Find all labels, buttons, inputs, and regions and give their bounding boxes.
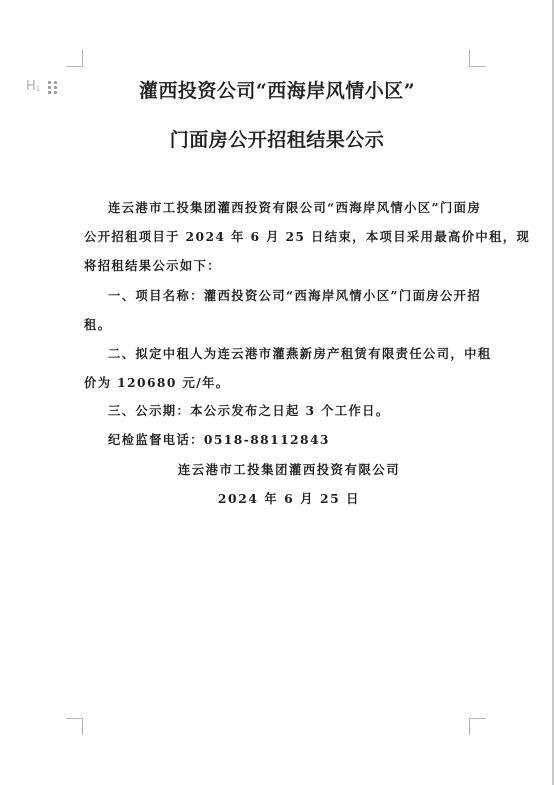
paragraph-intro-line-2: 公开招租项目于 2024 年 6 月 25 日结束，本项目采用最高价中租，现 — [84, 229, 530, 245]
signature-organization: 连云港市工投集团灌西投资有限公司 — [0, 462, 554, 478]
paragraph-intro-line-3: 将招租结果公示如下： — [84, 258, 221, 274]
paragraph-intro-line-1: 连云港市工投集团灌西投资有限公司“西海岸风情小区”门面房 — [108, 200, 481, 216]
page-margin-corner-bottom-right — [469, 718, 486, 735]
item-1-line-1: 一、项目名称：灌西投资公司“西海岸风情小区”门面房公开招 — [108, 288, 481, 304]
signature-date: 2024 年 6 月 25 日 — [0, 491, 554, 507]
document-title-line-2: 门面房公开招租结果公示 — [0, 125, 554, 152]
page-margin-corner-bottom-left — [66, 718, 83, 735]
item-3-line: 三、公示期：本公示发布之日起 3 个工作日。 — [108, 403, 390, 419]
item-1-line-2: 租。 — [84, 317, 111, 333]
page-margin-corner-top-right — [469, 50, 486, 67]
item-2-line-1: 二、拟定中租人为连云港市灌燕新房产租赁有限责任公司，中租 — [108, 346, 492, 362]
document-title-line-1: 灌西投资公司“西海岸风情小区” — [0, 76, 554, 103]
item-2-line-2: 价为 120680 元/年。 — [84, 375, 229, 391]
page-margin-corner-top-left — [66, 50, 83, 67]
hotline-line: 纪检监督电话：0518-88112843 — [108, 432, 330, 448]
